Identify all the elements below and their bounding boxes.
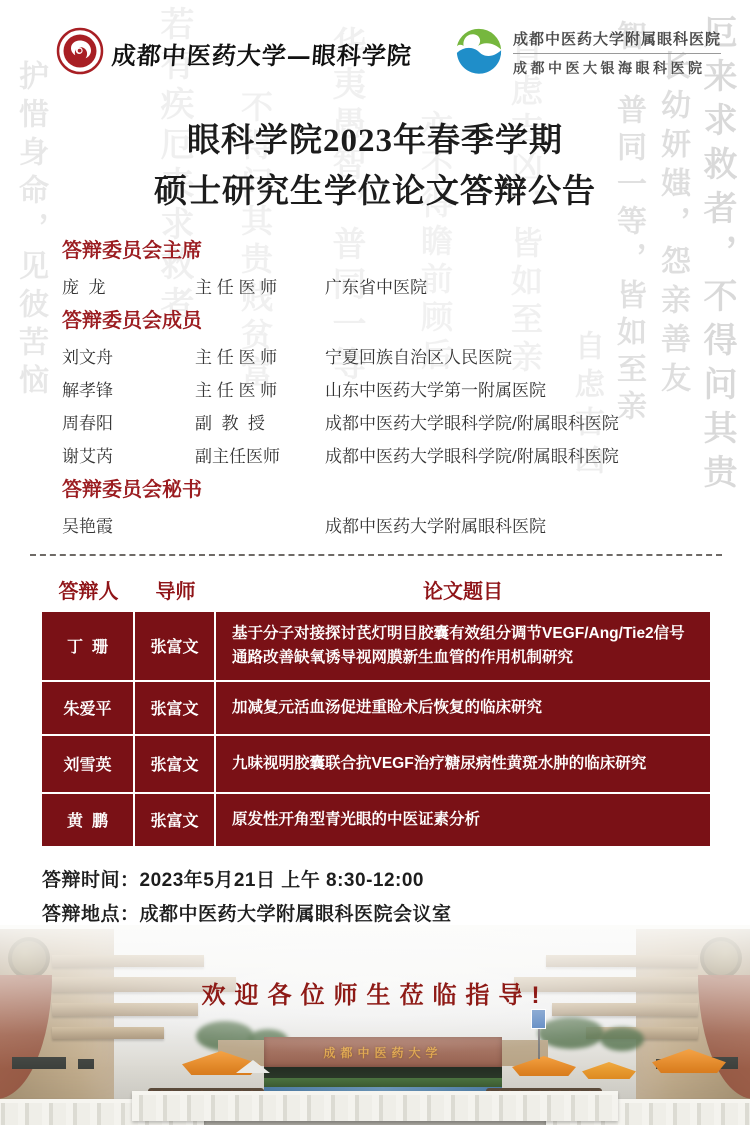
committee-row: 庞 龙 主 任 医 师 广东省中医院 (62, 269, 710, 302)
stone-balustrade (132, 1091, 618, 1121)
taiji-medallion-icon (700, 937, 742, 979)
member-organization: 成都中医药大学眼科学院/附属眼科医院 (325, 442, 710, 467)
page-title: 眼科学院2023年春季学期 硕士研究生学位论文答辩公告 (0, 116, 750, 219)
tower-beam (52, 955, 204, 967)
member-name: 庞 龙 (62, 273, 195, 298)
members-section-header: 答辩委员会成员 (62, 309, 710, 334)
member-title: 主 任 医 师 (195, 273, 325, 298)
table-row: 丁 珊 张富文 基于分子对接探讨芪灯明目胶囊有效组分调节VEGF/Ang/Tie… (42, 612, 710, 680)
committee-row: 周春阳 副 教 授 成都中医药大学眼科学院/附属眼科医院 (62, 405, 710, 438)
defense-table-header: 答辩人 导师 论文题目 (42, 568, 710, 612)
member-organization: 成都中医药大学附属眼科医院 (325, 512, 710, 537)
tree (600, 1027, 644, 1051)
title-line-1: 眼科学院2023年春季学期 (0, 116, 750, 167)
tower-beam (546, 955, 698, 967)
campus-gate-photo: 成都中医药大学 欢迎各位师生莅临指导! (0, 925, 750, 1125)
secretary-section-header: 答辩委员会秘书 (62, 478, 710, 503)
dashed-divider (30, 554, 722, 556)
thesis-title: 基于分子对接探讨芪灯明目胶囊有效组分调节VEGF/Ang/Tie2信号通路改善缺… (216, 612, 710, 680)
member-organization: 广东省中医院 (325, 273, 710, 298)
hedge (264, 1078, 502, 1087)
committee-row: 谢艾芮 副主任医师 成都中医药大学眼科学院/附属眼科医院 (62, 438, 710, 471)
member-title: 副主任医师 (195, 442, 325, 467)
defense-table: 丁 珊 张富文 基于分子对接探讨芪灯明目胶囊有效组分调节VEGF/Ang/Tie… (42, 612, 710, 846)
tower-window (78, 1059, 94, 1069)
thesis-title: 原发性开角型青光眼的中医证素分析 (216, 794, 710, 846)
road-sign (531, 1009, 546, 1029)
column-header-supervisor: 导师 (135, 575, 216, 604)
member-title: 主 任 医 师 (195, 376, 325, 401)
committee-section: 答辩委员会主席 庞 龙 主 任 医 师 广东省中医院 答辩委员会成员 刘文舟 主… (62, 239, 710, 541)
table-row: 黄 鹏 张富文 原发性开角型青光眼的中医证素分析 (42, 792, 710, 846)
gate-opening (264, 1067, 502, 1087)
main-gate: 成都中医药大学 (264, 1037, 502, 1092)
supervisor-name: 张富文 (135, 736, 216, 792)
hospital-logo: 成都中医药大学附属眼科医院 成都中医大银海眼科医院 (454, 26, 721, 81)
thesis-title: 九味视明胶囊联合抗VEGF治疗糖尿病性黄斑水肿的临床研究 (216, 736, 710, 792)
tower-beam (52, 1027, 164, 1039)
tower-window (12, 1057, 66, 1069)
student-name: 朱爱平 (42, 682, 135, 734)
defense-time-value: 2023年5月21日 上午 8:30-12:00 (140, 870, 424, 891)
thesis-defense-poster: 厄来求救者，不得问其贵 长幼妍媸，怨亲善友 智，普同一等，皆如至亲 护惜身命，见… (0, 0, 750, 1125)
gate-wall: 成都中医药大学 (264, 1037, 502, 1067)
member-organization: 宁夏回族自治区人民医院 (325, 343, 710, 368)
committee-row: 吴艳霞 成都中医药大学附属眼科医院 (62, 508, 710, 541)
title-line-2: 硕士研究生学位论文答辩公告 (0, 167, 750, 218)
member-title: 主 任 医 师 (195, 343, 325, 368)
member-name: 解孝锋 (62, 376, 195, 401)
defense-place-value: 成都中医药大学附属眼科医院会议室 (140, 904, 452, 925)
yinhai-hospital-name: 成都中医大银海眼科医院 (513, 54, 721, 78)
column-header-thesis: 论文题目 (216, 575, 710, 604)
affiliated-hospital-name: 成都中医药大学附属眼科医院 (513, 28, 721, 53)
member-title: 副 教 授 (195, 409, 325, 434)
member-name: 吴艳霞 (62, 512, 195, 537)
member-name: 刘文舟 (62, 343, 195, 368)
supervisor-name: 张富文 (135, 612, 216, 680)
committee-row: 解孝锋 主 任 医 师 山东中医药大学第一附属医院 (62, 372, 710, 405)
table-row: 刘雪英 张富文 九味视明胶囊联合抗VEGF治疗糖尿病性黄斑水肿的临床研究 (42, 734, 710, 792)
committee-row: 刘文舟 主 任 医 师 宁夏回族自治区人民医院 (62, 339, 710, 372)
member-name: 谢艾芮 (62, 442, 195, 467)
column-header-student: 答辩人 (42, 575, 135, 604)
member-name: 周春阳 (62, 409, 195, 434)
defense-time-label: 答辩时间： (42, 870, 140, 891)
supervisor-name: 张富文 (135, 682, 216, 734)
thesis-title: 加减复元活血汤促进重睑术后恢复的临床研究 (216, 682, 710, 734)
header: 成都中医药大学—眼科学院 成都中医药大学附属眼科医院 成都中医大银海眼科医院 (0, 0, 750, 84)
welcome-text: 欢迎各位师生莅临指导! (0, 975, 750, 1010)
university-seal-icon (56, 27, 104, 80)
defense-place-label: 答辩地点： (42, 904, 140, 925)
student-name: 丁 珊 (42, 612, 135, 680)
university-eye-school-logo: 成都中医药大学—眼科学院 (56, 27, 412, 80)
chair-section-header: 答辩委员会主席 (62, 239, 710, 264)
student-name: 刘雪英 (42, 736, 135, 792)
defense-time: 答辩时间：2023年5月21日 上午 8:30-12:00 (42, 864, 710, 898)
member-organization: 山东中医药大学第一附属医院 (325, 376, 710, 401)
member-organization: 成都中医药大学眼科学院/附属眼科医院 (325, 409, 710, 434)
student-name: 黄 鹏 (42, 794, 135, 846)
sign-pole (538, 1029, 540, 1059)
hospital-swirl-icon (454, 26, 504, 81)
gate-tower-left (0, 929, 154, 1125)
supervisor-name: 张富文 (135, 794, 216, 846)
table-row: 朱爱平 张富文 加减复元活血汤促进重睑术后恢复的临床研究 (42, 680, 710, 734)
gate-plaque: 成都中医药大学 (323, 1044, 442, 1061)
taiji-medallion-icon (8, 937, 50, 979)
defense-info: 答辩时间：2023年5月21日 上午 8:30-12:00 答辩地点：成都中医药… (42, 864, 710, 932)
university-school-name: 成都中医药大学—眼科学院 (111, 36, 413, 71)
